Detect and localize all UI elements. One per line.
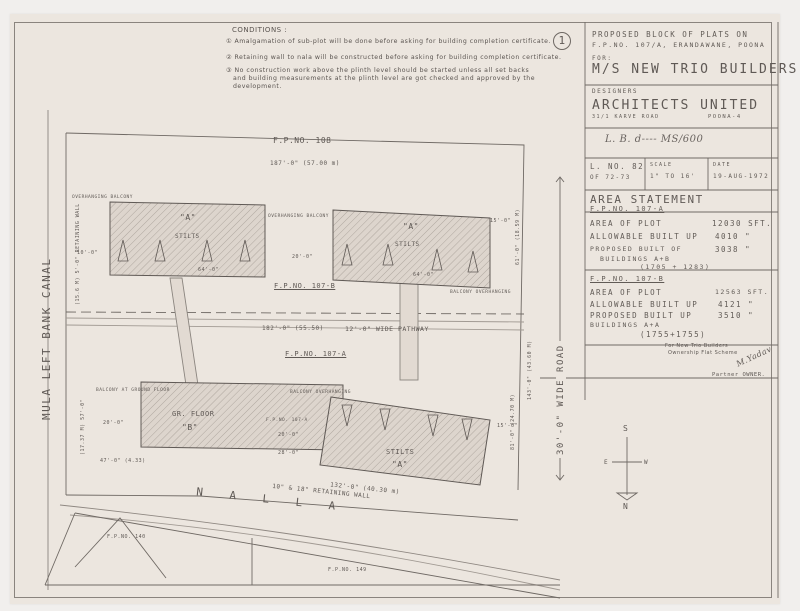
plot-b-proposed-label: PROPOSED BUILT UP [590,311,692,320]
building-b-sub: GR. FLOOR [172,410,214,418]
building-width-dim: 64'-0" [198,267,219,273]
plot-a-small-label: F.P.NO. 107-A [266,418,308,423]
balcony-ground-note: BALCONY AT GROUND FLOOR [96,388,170,393]
road-label: 30'-0" WIDE ROAD [556,341,566,458]
plot-b-area-value: 12563 SFT. [715,288,769,296]
designer-address: 31/1 KARVE ROAD [592,114,660,120]
building-b-name: "B" [182,423,198,432]
plot-a-proposed-label: PROPOSED BUILT OF [590,245,682,253]
plot-a-area-label: AREA OF PLOT [590,219,662,228]
top-dimension: 187'-0" (57.00 m) [270,160,340,167]
sw-plot-label: F.P.NO. 140 [107,534,146,540]
compass-north: N [623,502,628,511]
condition-1: ① Amalgamation of sub-plot will be done … [226,38,551,45]
balcony-overhanging-note: BALCONY OVERHANGING [450,290,511,295]
condition-2: ② Retaining wall to nala will be constru… [226,54,561,61]
building-a-se-sub: STILTS [386,448,414,456]
condition-3-cont: and building measurements at the plinth … [233,75,535,82]
west-dimension-lower: (17.37 M) 57'-0" [80,399,86,455]
east-dimension-lower: 81'-0" (24.70 M) [510,394,516,450]
plot-b-allowable-label: ALLOWABLE BUILT UP [590,300,698,309]
owner-note-2: Ownership Flat Scheme [668,350,738,356]
owner-note-1: For New Trio Builders [665,343,728,349]
plot-b-breakdown: (1755+1755) [640,330,706,339]
pathway-label: 12'-0" WIDE PATHWAY [345,325,429,333]
plot-a-area-value: 12030 SFT. [712,219,772,228]
plot-a-label: F.P.NO. 107-A [285,350,346,358]
plot-a-proposed-value: 3038 " [715,245,751,254]
for-label: FOR: [592,55,612,62]
plot-a-breakdown: (1705 + 1283) [640,263,710,271]
date-value: 19-AUG-1972 [713,173,769,180]
plot-b-area-label: AREA OF PLOT [590,288,662,297]
sheet-number: 1 [553,32,571,50]
setback-b-side: 20'-0" [278,432,299,438]
building-a-nw-name: "A" [180,213,196,222]
compass-south: S [623,424,628,433]
plot-a-allowable-label: ALLOWABLE BUILT UP [590,232,698,241]
east-dimension-upper: 61'-0" (18.59 M) [515,209,521,265]
setback-b-to-a: 28'-0" [278,450,299,456]
bottom-left-dimension: 47'-0" (4.33) [100,458,146,464]
client-name: M/S NEW TRIO BUILDERS [592,62,798,77]
condition-3: ③ No construction work above the plinth … [226,67,529,74]
plot-b-label: F.P.NO. 107-B [274,282,335,290]
mid-dimension: 182'-0" (55.50) [262,325,324,332]
setback-b-front: 20'-0" [103,420,124,426]
east-total-dimension: 143'-0" (43.60 M) [527,340,533,400]
designer-name: ARCHITECTS UNITED [592,98,759,113]
conditions-heading: CONDITIONS : [232,26,287,34]
overhanging-balcony-note-2: OVERHANGING BALCONY [268,214,329,219]
building-width-dim-2: 64'-0" [413,272,434,278]
north-neighbour-label: F.P.NO. 108 [273,136,331,145]
plot-a-buildings: BUILDINGS A+B [600,255,670,263]
canal-label: MULA LEFT BANK CANAL [40,258,53,420]
setback-side-a: 20'-0" [292,254,313,260]
plot-b-buildings: BUILDINGS A+A [590,321,660,329]
plot-b-proposed-value: 3510 " [718,311,754,320]
setback-east-lower: 15'-0" [497,423,518,429]
building-a-se-name: "A" [392,460,408,469]
building-a-nw-sub: STILTS [175,233,200,240]
south-plot-label: F.P.NO. 149 [328,567,367,573]
designers-label: DESIGNERS [592,88,638,95]
plot-b-title: F.P.NO. 107-B [590,275,664,283]
building-a-ne-name: "A" [403,222,419,231]
overhanging-balcony-note: OVERHANGING BALCONY [72,195,133,200]
compass-west: W [644,459,648,466]
project-line-1: PROPOSED BLOCK OF PLATS ON [592,30,748,39]
plot-b-allowable-value: 4121 " [718,300,754,309]
licence-number: L. NO. 82 [590,162,644,171]
designer-city: POONA-4 [708,114,742,120]
building-a-ne-sub: STILTS [395,241,420,248]
plot-a-title: F.P.NO. 107-A [590,205,664,213]
owner-label: Partner OWNER. [712,372,765,378]
compass-east: E [604,459,608,466]
condition-3-end: development. [233,83,282,90]
scale-value: 1" TO 16' [650,173,696,180]
setback-west-wall: 10'-0" [77,250,98,256]
date-label: DATE [713,162,731,168]
balcony-overhanging-note-2: BALCONY OVERHANGING [290,390,351,395]
licence-year: OF 72-73 [590,174,631,181]
scale-label: SCALE [650,162,673,168]
setback-east-a: 15'-0" [490,218,511,224]
plot-a-allowable-value: 4010 " [715,232,751,241]
project-line-2: F.P.NO. 107/A, ERANDAWANE, POONA [592,41,765,49]
architect-signature: L. B. d---- MS/600 [605,134,703,145]
